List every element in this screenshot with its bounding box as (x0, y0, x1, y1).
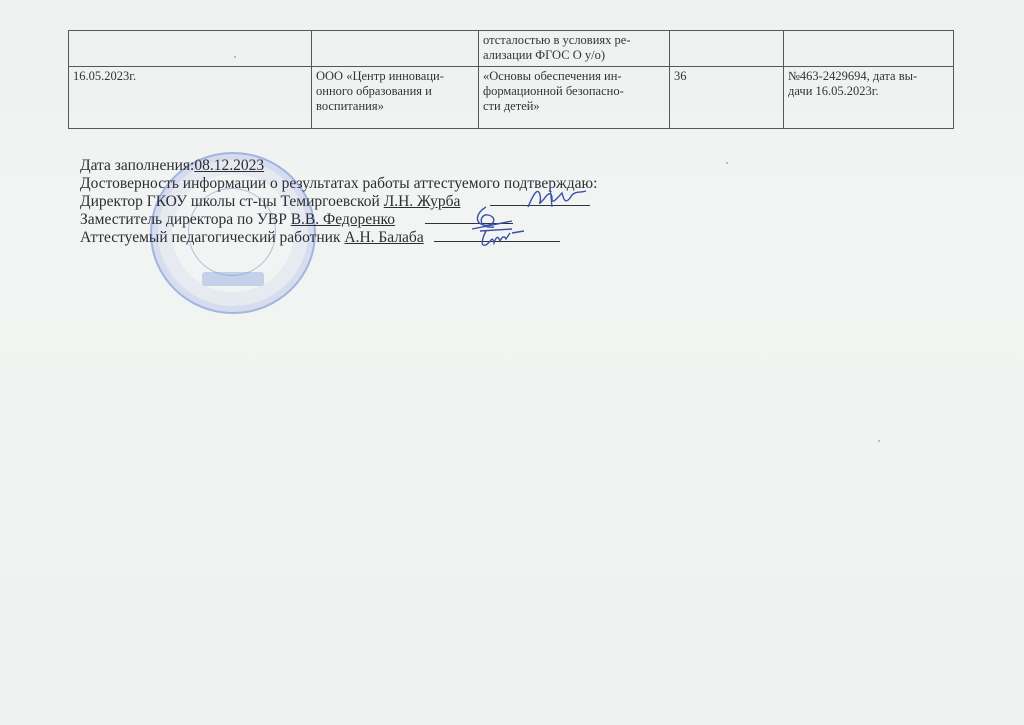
organization-text: ООО «Центр инноваци- онного образования … (316, 69, 444, 113)
director-name: Л.Н. Журба (384, 193, 461, 210)
cell-organization (312, 31, 479, 67)
table-row: 16.05.2023г. ООО «Центр инноваци- онного… (69, 67, 954, 129)
document-text: №463-2429694, дата вы- дачи 16.05.2023г. (788, 69, 917, 98)
director-label: Директор ГКОУ школы ст-цы Темиргоевской (80, 193, 384, 210)
deputy-label: Заместитель директора по УВР (80, 211, 291, 228)
course-text: «Основы обеспечения ин- формационной без… (483, 69, 624, 113)
cell-hours: 36 (670, 67, 784, 129)
fill-date-value: 08.12.2023 (194, 157, 264, 174)
employee-label: Аттестуемый педагогический работник (80, 229, 344, 246)
scan-speck (878, 440, 880, 442)
courses-table: отсталостью в условиях ре- ализации ФГОС… (68, 30, 954, 129)
table-row: отсталостью в условиях ре- ализации ФГОС… (69, 31, 954, 67)
cell-date (69, 31, 312, 67)
cell-document (784, 31, 954, 67)
employee-name: А.Н. Балаба (344, 229, 423, 246)
cell-course: отсталостью в условиях ре- ализации ФГОС… (479, 31, 670, 67)
fill-date-line: Дата заполнения:08.12.2023 (80, 157, 597, 175)
cell-date: 16.05.2023г. (69, 67, 312, 129)
employee-signature-icon (472, 225, 532, 251)
director-line: Директор ГКОУ школы ст-цы Темиргоевской … (80, 193, 597, 211)
cell-organization: ООО «Центр инноваци- онного образования … (312, 67, 479, 129)
scanned-page: отсталостью в условиях ре- ализации ФГОС… (0, 0, 1024, 725)
scan-speck (234, 56, 236, 58)
director-signature-icon (522, 183, 592, 213)
cell-document: №463-2429694, дата вы- дачи 16.05.2023г. (784, 67, 954, 129)
deputy-name: В.В. Федоренко (291, 211, 395, 228)
fill-date-label: Дата заполнения: (80, 157, 194, 174)
cell-hours (670, 31, 784, 67)
cell-course: «Основы обеспечения ин- формационной без… (479, 67, 670, 129)
confirmation-text: Достоверность информации о результатах р… (80, 175, 597, 193)
stamp-emblem (202, 272, 264, 286)
course-text: отсталостью в условиях ре- ализации ФГОС… (483, 33, 631, 62)
scan-speck (726, 162, 728, 164)
